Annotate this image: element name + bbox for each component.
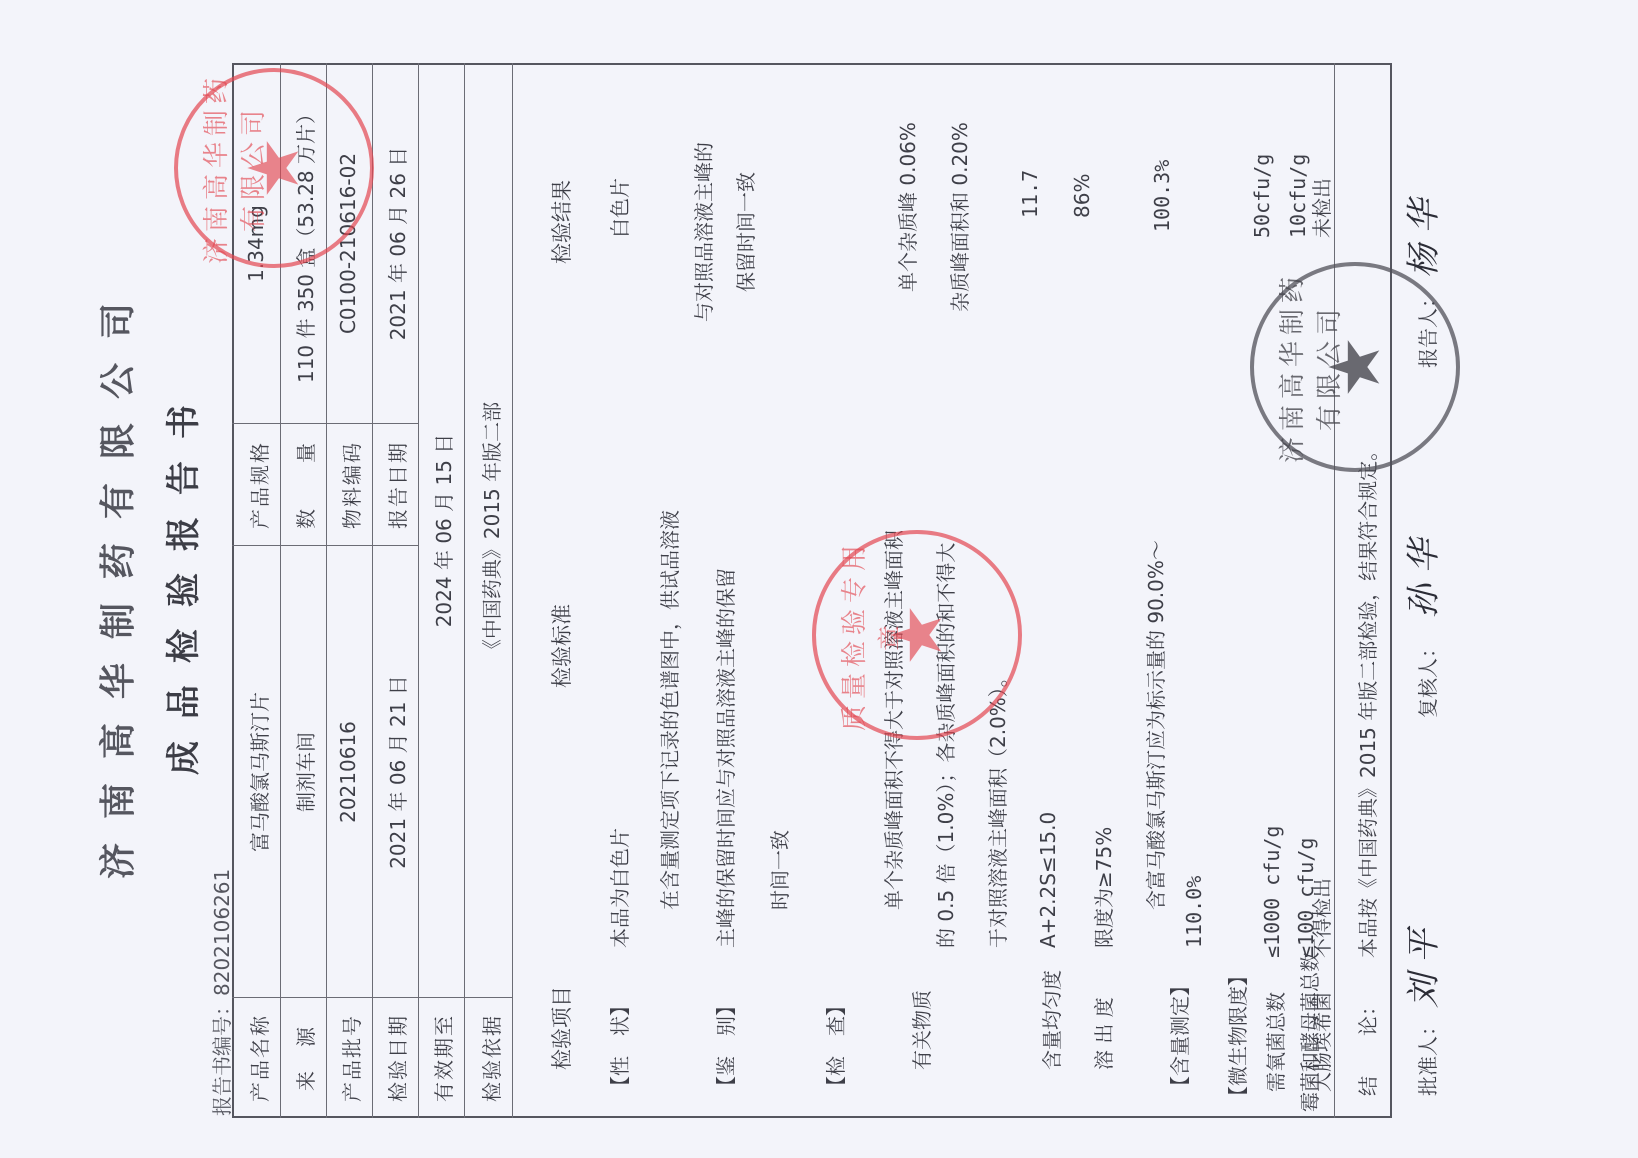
value-quantity: 110 件 350 盒（53.28 万片） [290, 63, 319, 424]
result-related-substances-single: 单个杂质峰 0.06% [892, 122, 921, 292]
standard-aerobic-count: ≤1000 cfu/g [1260, 826, 1284, 958]
label-quantity: 数 量 [290, 424, 319, 546]
item-tests: 【检 查】 [820, 996, 849, 1096]
scanned-document: 济南高华制药有限公司 成品检验报告书 报告书编号：8202106261 产品名称… [0, 0, 1638, 1158]
item-appearance: 【性 状】 [604, 996, 633, 1096]
reporter-label: 报告人： [1412, 288, 1441, 368]
label-spec: 产品规格 [244, 424, 273, 546]
result-appearance: 白色片 [604, 178, 633, 238]
item-identification: 【鉴 别】 [710, 996, 739, 1096]
value-basis: 《中国药典》2015 年版二部 [476, 63, 505, 998]
report-title: 成品检验报告书 [156, 0, 205, 1158]
standard-related-substances-line3: 于对照溶液主峰面积（2.0%）。 [982, 667, 1011, 948]
approver-signature: 刘 平 [1396, 929, 1445, 1008]
value-product-name: 富马酸氯马斯汀片 [244, 546, 273, 998]
value-material-code: C0100-210616-02 [336, 63, 360, 424]
item-related-substances: 有关物质 [906, 990, 935, 1070]
standard-related-substances-line2: 的 0.5 倍（1.0%）；各杂质峰面积的和不得大 [930, 543, 959, 948]
approver-label: 批准人： [1412, 1016, 1441, 1096]
standard-appearance: 本品为白色片 [604, 828, 633, 948]
standard-identification-line1: 在含量测定项下记录的色谱图中，供试品溶液 [654, 510, 683, 910]
conclusion-label: 结 论： [1352, 996, 1381, 1096]
value-expiry: 2024 年 06 月 15 日 [428, 63, 457, 998]
reviewer-label: 复核人： [1412, 638, 1441, 718]
item-aerobic-count: 需氧菌总数 [1260, 992, 1289, 1092]
value-source: 制剂车间 [290, 546, 319, 998]
result-assay: 100.3% [1150, 160, 1174, 232]
label-expiry: 有效期至 [428, 998, 457, 1118]
label-report-date: 报告日期 [382, 424, 411, 546]
item-microbial-limits: 【微生物限度】 [1222, 966, 1251, 1106]
standard-assay-line2: 110.0% [1182, 876, 1206, 948]
company-name: 济南高华制药有限公司 [90, 0, 141, 1158]
standard-content-uniformity: A+2.2S≤15.0 [1036, 812, 1060, 948]
standard-dissolution: 限度为≥75% [1088, 827, 1117, 948]
report-number: 报告书编号：8202106261 [206, 869, 235, 1116]
value-test-date: 2021 年 06 月 21 日 [382, 546, 411, 998]
header-result: 检验结果 [546, 180, 576, 264]
standard-identification-line2: 主峰的保留时间应与对照品溶液主峰的保留 [710, 568, 739, 948]
result-content-uniformity: 11.7 [1018, 170, 1042, 218]
item-dissolution: 溶 出 度 [1088, 997, 1117, 1070]
label-batch-no: 产品批号 [336, 998, 365, 1118]
standard-assay-line1: 含富马酸氯马斯汀应为标示量的 90.0%～ [1140, 540, 1169, 910]
standard-identification-line3: 时间一致 [764, 830, 793, 910]
report-number-value: 8202106261 [210, 869, 234, 996]
header-standard: 检验标准 [546, 604, 576, 688]
conclusion-text: 本品按《中国药典》2015 年版二部检验，结果符合规定。 [1352, 441, 1381, 958]
result-dissolution: 86% [1070, 174, 1094, 218]
header-item: 检验项目 [546, 986, 576, 1070]
result-related-substances-total: 杂质峰面积和 0.20% [944, 122, 973, 312]
result-identification-line1: 与对照品溶液主峰的 [688, 142, 717, 322]
report-page: 济南高华制药有限公司 成品检验报告书 报告书编号：8202106261 产品名称… [0, 0, 1638, 1158]
label-source: 来 源 [290, 998, 319, 1118]
standard-related-substances-line1: 单个杂质峰面积不得大于对照溶液主峰面积 [878, 530, 907, 910]
standard-ecoli: 不得检出 [1306, 878, 1335, 958]
item-ecoli: 大肠埃希菌 [1306, 992, 1335, 1092]
value-spec: 1.34mg [244, 63, 268, 424]
reporter-signature: 杨 华 [1396, 199, 1445, 278]
label-test-date: 检验日期 [382, 998, 411, 1118]
result-ecoli: 未检出 [1306, 178, 1335, 238]
label-basis: 检验依据 [476, 998, 505, 1118]
label-material-code: 物料编码 [336, 424, 365, 546]
value-batch-no: 20210616 [336, 546, 360, 998]
label-product-name: 产品名称 [244, 998, 273, 1118]
result-identification-line2: 保留时间一致 [730, 172, 759, 292]
item-assay: 【含量测定】 [1164, 976, 1193, 1096]
result-aerobic-count: 50cfu/g [1250, 154, 1274, 238]
reviewer-signature: 孙 华 [1396, 539, 1445, 618]
item-content-uniformity: 含量均匀度 [1036, 970, 1065, 1070]
value-report-date: 2021 年 06 月 26 日 [382, 63, 411, 424]
report-number-label: 报告书编号： [210, 996, 234, 1116]
